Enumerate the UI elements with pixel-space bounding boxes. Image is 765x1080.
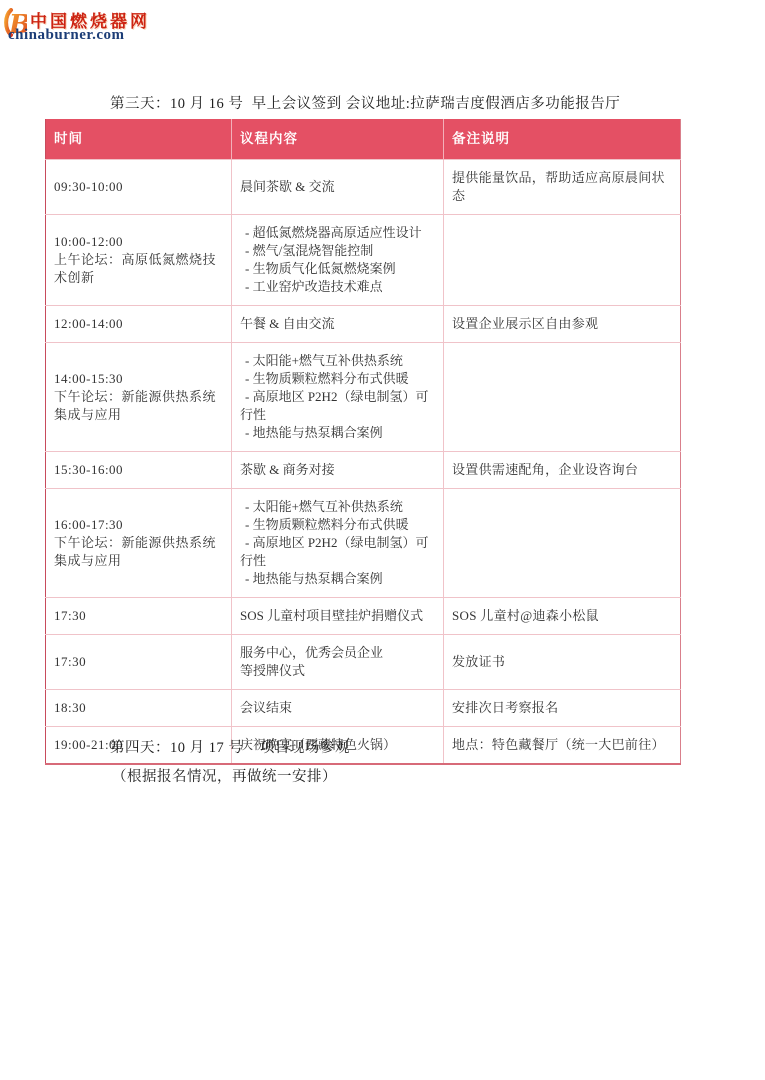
content-line: 午餐 & 自由交流 xyxy=(240,315,435,333)
session-text: 下午论坛：新能源供热系统集成与应用 xyxy=(54,534,223,570)
content-cell: 午餐 & 自由交流 xyxy=(232,306,444,343)
notes-text: 安排次日考察报名 xyxy=(452,699,672,717)
content-line: - 生物质颗粒燃料分布式供暖 xyxy=(240,370,435,388)
content-line: - 地热能与热泵耦合案例 xyxy=(240,570,435,588)
content-line: - 生物质气化低氮燃烧案例 xyxy=(240,260,435,278)
day4-note: （根据报名情况，再做统一安排） xyxy=(112,765,337,786)
session-text: 上午论坛：高原低氮燃烧技术创新 xyxy=(54,251,223,287)
content-line: - 高原地区 P2H2（绿电制氢）可行性 xyxy=(240,388,435,424)
time-text: 09:30-10:00 xyxy=(54,178,223,196)
table-row: 12:00-14:00午餐 & 自由交流设置企业展示区自由参观 xyxy=(46,306,681,343)
notes-text: SOS 儿童村@迪森小松鼠 xyxy=(452,607,672,625)
time-cell: 10:00-12:00上午论坛：高原低氮燃烧技术创新 xyxy=(46,215,232,306)
time-text: 17:30 xyxy=(54,653,223,671)
notes-cell: 安排次日考察报名 xyxy=(444,690,681,727)
time-text: 10:00-12:00 xyxy=(54,233,223,251)
notes-cell: 设置企业展示区自由参观 xyxy=(444,306,681,343)
day3-title: 第三天：10 月 16 号 早上会议签到 会议地址:拉萨瑞吉度假酒店多功能报告厅 xyxy=(110,92,620,113)
time-text: 15:30-16:00 xyxy=(54,461,223,479)
session-text: 下午论坛：新能源供热系统集成与应用 xyxy=(54,388,223,424)
content-cell: - 太阳能+燃气互补供热系统- 生物质颗粒燃料分布式供暖- 高原地区 P2H2（… xyxy=(232,489,444,598)
content-line: 茶歇 & 商务对接 xyxy=(240,461,435,479)
time-text: 12:00-14:00 xyxy=(54,315,223,333)
day4-title: 第四天：10 月 17 号 项目现场参观 xyxy=(110,736,350,757)
time-cell: 15:30-16:00 xyxy=(46,452,232,489)
content-cell: 茶歇 & 商务对接 xyxy=(232,452,444,489)
content-line: SOS 儿童村项目壁挂炉捐赠仪式 xyxy=(240,607,435,625)
content-cell: - 太阳能+燃气互补供热系统- 生物质颗粒燃料分布式供暖- 高原地区 P2H2（… xyxy=(232,343,444,452)
time-text: 17:30 xyxy=(54,607,223,625)
notes-cell xyxy=(444,215,681,306)
site-domain-text: chinaburner.com xyxy=(8,27,125,44)
content-line: - 生物质颗粒燃料分布式供暖 xyxy=(240,516,435,534)
table-row: 15:30-16:00茶歇 & 商务对接设置供需速配角，企业设咨询台 xyxy=(46,452,681,489)
column-header-agenda: 议程内容 xyxy=(232,119,444,160)
time-cell: 17:30 xyxy=(46,635,232,690)
table-row: 14:00-15:30下午论坛：新能源供热系统集成与应用- 太阳能+燃气互补供热… xyxy=(46,343,681,452)
column-header-time: 时间 xyxy=(46,119,232,160)
content-cell: - 超低氮燃烧器高原适应性设计- 燃气/氢混烧智能控制- 生物质气化低氮燃烧案例… xyxy=(232,215,444,306)
notes-cell: 设置供需速配角，企业设咨询台 xyxy=(444,452,681,489)
notes-text: 提供能量饮品，帮助适应高原晨间状态 xyxy=(452,169,672,205)
notes-cell xyxy=(444,489,681,598)
notes-text: 地点：特色藏餐厅（统一大巴前往） xyxy=(452,736,672,754)
time-cell: 12:00-14:00 xyxy=(46,306,232,343)
content-line: - 太阳能+燃气互补供热系统 xyxy=(240,352,435,370)
content-line: 会议结束 xyxy=(240,699,435,717)
content-line: - 超低氮燃烧器高原适应性设计 xyxy=(240,224,435,242)
table-row: 17:30SOS 儿童村项目壁挂炉捐赠仪式SOS 儿童村@迪森小松鼠 xyxy=(46,598,681,635)
content-line: 服务中心，优秀会员企业 xyxy=(240,644,435,662)
table-row: 17:30服务中心，优秀会员企业等授牌仪式发放证书 xyxy=(46,635,681,690)
agenda-table: 时间 议程内容 备注说明 09:30-10:00晨间茶歇 & 交流提供能量饮品，… xyxy=(45,119,681,765)
notes-text: 设置供需速配角，企业设咨询台 xyxy=(452,461,672,479)
time-text: 14:00-15:30 xyxy=(54,370,223,388)
table-row: 10:00-12:00上午论坛：高原低氮燃烧技术创新- 超低氮燃烧器高原适应性设… xyxy=(46,215,681,306)
content-line: 晨间茶歇 & 交流 xyxy=(240,178,435,196)
table-row: 18:30会议结束安排次日考察报名 xyxy=(46,690,681,727)
site-logo: B 中国燃烧器网 chinaburner.com xyxy=(3,6,153,48)
table-row: 09:30-10:00晨间茶歇 & 交流提供能量饮品，帮助适应高原晨间状态 xyxy=(46,160,681,215)
notes-cell xyxy=(444,343,681,452)
content-line: - 地热能与热泵耦合案例 xyxy=(240,424,435,442)
content-line: - 太阳能+燃气互补供热系统 xyxy=(240,498,435,516)
time-cell: 14:00-15:30下午论坛：新能源供热系统集成与应用 xyxy=(46,343,232,452)
content-cell: SOS 儿童村项目壁挂炉捐赠仪式 xyxy=(232,598,444,635)
notes-text: 发放证书 xyxy=(452,653,672,671)
time-cell: 17:30 xyxy=(46,598,232,635)
agenda-table-body: 09:30-10:00晨间茶歇 & 交流提供能量饮品，帮助适应高原晨间状态10:… xyxy=(46,160,681,765)
notes-cell: 提供能量饮品，帮助适应高原晨间状态 xyxy=(444,160,681,215)
content-line: - 工业窑炉改造技术难点 xyxy=(240,278,435,296)
time-cell: 16:00-17:30下午论坛：新能源供热系统集成与应用 xyxy=(46,489,232,598)
notes-text: 设置企业展示区自由参观 xyxy=(452,315,672,333)
content-line: 等授牌仪式 xyxy=(240,662,435,680)
time-text: 18:30 xyxy=(54,699,223,717)
time-cell: 18:30 xyxy=(46,690,232,727)
table-header-row: 时间 议程内容 备注说明 xyxy=(46,119,681,160)
notes-cell: 地点：特色藏餐厅（统一大巴前往） xyxy=(444,727,681,765)
column-header-notes: 备注说明 xyxy=(444,119,681,160)
content-cell: 服务中心，优秀会员企业等授牌仪式 xyxy=(232,635,444,690)
notes-cell: 发放证书 xyxy=(444,635,681,690)
content-cell: 晨间茶歇 & 交流 xyxy=(232,160,444,215)
notes-cell: SOS 儿童村@迪森小松鼠 xyxy=(444,598,681,635)
content-line: - 高原地区 P2H2（绿电制氢）可行性 xyxy=(240,534,435,570)
time-text: 16:00-17:30 xyxy=(54,516,223,534)
content-line: - 燃气/氢混烧智能控制 xyxy=(240,242,435,260)
content-cell: 会议结束 xyxy=(232,690,444,727)
time-cell: 09:30-10:00 xyxy=(46,160,232,215)
table-row: 16:00-17:30下午论坛：新能源供热系统集成与应用- 太阳能+燃气互补供热… xyxy=(46,489,681,598)
